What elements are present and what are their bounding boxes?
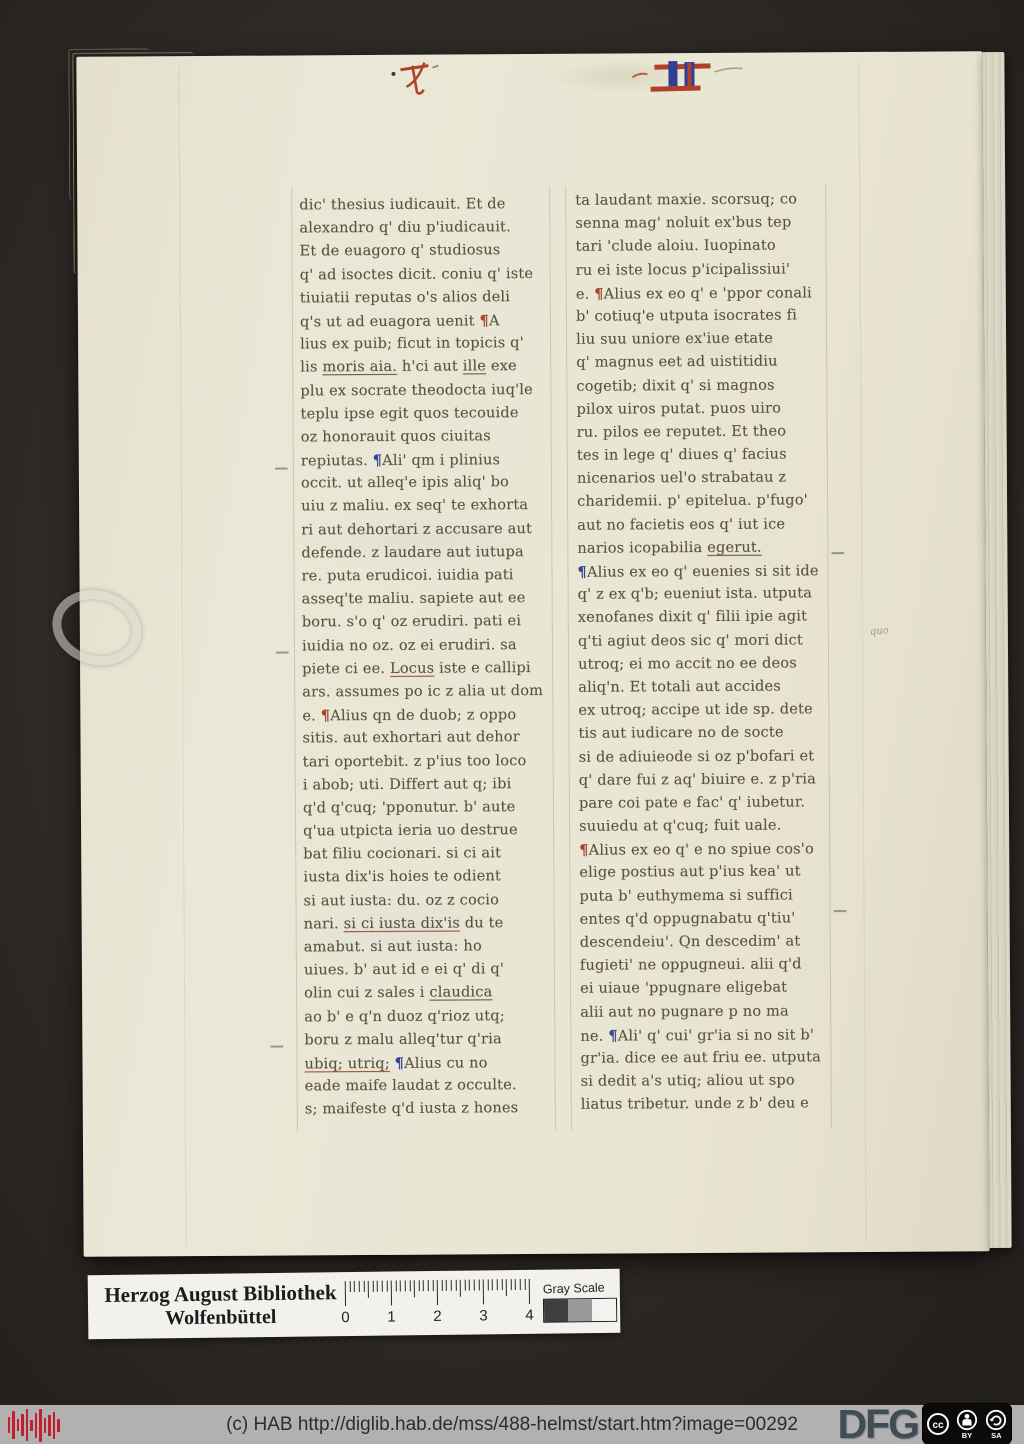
text-segment: ru ei iste locus p'icipalissiui' [576,261,791,278]
ruler-tick [419,1280,420,1291]
ruler-tick [409,1280,410,1291]
text-segment: bat filiu cocionari. si ci ait [303,845,501,862]
text-segment: Alius qn de duob; z oppo [330,707,516,724]
ruler-tick [414,1280,415,1297]
sa-icon: SA [984,1407,1008,1441]
text-line: pilox uiros putat. puos uiro [576,397,834,422]
text-line: q' ad isoctes dicit. coniu q' iste [300,262,558,287]
text-segment: piete ci ee. [302,661,390,678]
text-line: iusta dix'is hoies te odient [303,865,561,890]
text-line: q's ut ad euagora uenit ¶A [300,309,558,334]
text-line: utroq; ei mo accit no ee deos [578,652,836,677]
text-line: bat filiu cocionari. si ci ait [303,842,561,867]
text-segment: q' z ex q'b; eueniut ista. utputa [578,585,813,602]
text-segment: q'ua utpicta ieria uo destrue [303,822,518,839]
ruler-tick [350,1281,351,1292]
text-line: tari oportebit. z p'ius too loco [303,749,561,774]
dfg-logo: DFG [837,1401,918,1444]
text-line: ru ei iste locus p'icipalissiui' [576,258,834,283]
svg-text:cc: cc [932,1420,944,1431]
gray-scale-patch [592,1298,616,1320]
ruler-tick [501,1279,502,1290]
ruler-tick [354,1281,355,1292]
text-line: charidemii. p' epitelua. p'fugo' [577,490,835,515]
ruler-number: 1 [387,1308,396,1325]
text-line: nari. si ci iusta dix'is du te [304,912,562,937]
text-segment: ex utroq; accipe ut ide sp. dete [578,701,813,718]
cc-icon: cc [926,1407,950,1441]
text-line: lis moris aia. h'ci aut ille exe [300,355,558,380]
text-segment: charidemii. p' epitelua. p'fugo' [577,493,808,510]
text-segment: liu suu uniore ex'iue etate [576,331,773,348]
ruler-tick [373,1281,374,1292]
header-numeral-left-icon [388,57,442,99]
gray-scale-block: Gray Scale [543,1280,621,1322]
text-line: suuiedu at q'cuq; fuit uale. [579,814,837,839]
text-line: ne. ¶Ali' q' cui' gr'ia si no sit b' [580,1023,838,1048]
text-line: ei uiaue 'ppugnare eligebat [580,977,838,1002]
page-crease [858,62,866,1242]
text-segment: lius ex puib; ficut in topicis q' [300,335,524,352]
text-segment: ei uiaue 'ppugnare eligebat [580,980,787,997]
rubric-segment: ¶ [395,1055,405,1072]
text-line: pare coi pate e fac' q' iubetur. [579,791,837,816]
ruler-tick [469,1280,470,1291]
text-segment: entes q'd oppugnabatu q'tiu' [580,910,796,927]
text-line: eade maife laudat z occulte. [305,1074,563,1099]
text-line: teplu ipse egit quos tecouide [300,402,558,427]
text-segment: olin cui z sales i [304,985,429,1002]
text-segment: plu ex socrate theodocta iuq'le [300,381,533,398]
text-line: ¶Alius ex eo q' e no spiue cos'o [579,837,837,862]
text-line: si aut iusta: du. oz z cocio [303,888,561,913]
text-line: alexandro q' diu p'iudicauit. [299,216,557,241]
ruler-tick [400,1280,401,1291]
text-line: boru. s'o q' oz erudiri. pati ei [302,610,560,635]
text-segment: Et de euagoro q' studiosus [299,243,500,260]
text-line: tiuiatii reputas o's alios deli [300,286,558,311]
ruling-line [565,186,572,1130]
ruler-tick [446,1280,447,1291]
text-segment: q'd q'cuq; 'pponutur. b' aute [303,799,516,816]
library-scale-target: Herzog August Bibliothek Wolfenbüttel 01… [88,1269,621,1339]
text-segment: ne. [580,1028,608,1044]
text-segment: amabut. si aut iusta: ho [304,938,482,955]
by-label: BY [962,1432,972,1440]
text-segment: ao b' e q'n duoz q'rioz utq; [304,1008,505,1025]
text-segment: utroq; ei mo accit no ee deos [578,655,797,672]
ruler-tick [483,1279,484,1304]
text-segment: e. [302,708,321,724]
text-segment: repiutas. [301,453,373,469]
text-line: tis aut iudicare no de socte [578,721,836,746]
ruler-tick [488,1279,489,1290]
manuscript-page: quo dic' thesius iudicauit. Et dealexand… [76,51,989,1257]
text-segment: q' dare fui z aq' biuire e. z p'ria [579,771,816,788]
text-line: s; maifeste q'd iusta z hones [305,1097,563,1122]
text-segment: boru. s'o q' oz erudiri. pati ei [302,613,521,630]
ruler-tick [382,1281,383,1292]
ruler-tick [368,1281,369,1298]
ruler-tick [492,1279,493,1290]
ruler-tick [432,1280,433,1291]
ruler-tick [386,1281,387,1292]
ruler-tick [474,1280,475,1291]
rubric-segment: ubiq; utriq; [304,1056,389,1073]
ruler-tick [478,1279,479,1290]
text-line: amabut. si aut iusta: ho [304,935,562,960]
text-line: gr'ia. dice ee aut friu ee. utputa [580,1046,838,1071]
text-line: occit. ut alleq'e ipis aliq' bo [301,471,559,496]
text-segment: ru. pilos ee reputet. Et theo [577,423,787,440]
text-segment: iusta dix'is hoies te odient [303,869,501,886]
ruler-tick [391,1281,392,1306]
text-segment: puta b' euthymema si suffici [579,887,792,904]
ruler-tick [442,1280,443,1291]
header-numeral-right-icon [628,53,744,100]
ruler-tick [405,1280,406,1291]
text-segment: exe [486,358,517,374]
ruler-number: 0 [341,1309,350,1326]
ruler-tick [465,1280,466,1291]
text-line: defende. z laudare aut iutupa [301,541,559,566]
rubric-segment: Locus [390,660,434,676]
ruler-tick [497,1279,498,1290]
text-line: ubiq; utriq; ¶Alius cu no [304,1051,562,1076]
institution-name: Herzog August Bibliothek Wolfenbüttel [102,1281,340,1331]
text-line: boru z malu alleq'tur q'ria [304,1028,562,1053]
ruler-tick [396,1280,397,1291]
text-segment: iuidia no oz. oz ei erudiri. sa [302,637,517,654]
text-line: liu suu uniore ex'iue etate [576,327,834,352]
text-segment: teplu ipse egit quos tecouide [300,405,518,422]
text-line: ¶Alius ex eo q' euenies si sit ide [577,559,835,584]
text-line: q' magnus eet ad uistitidiu [576,350,834,375]
text-line: elige postius aut p'ius kea' ut [579,861,837,886]
text-segment: tari oportebit. z p'ius too loco [303,753,527,770]
text-segment: liatus tribetur. unde z b' deu e [581,1096,809,1113]
rubric-segment: si ci iusta dix'is [344,915,460,932]
text-segment: A [489,313,500,329]
text-segment: nicenarios uel'o strabatau z [577,470,786,487]
text-segment: si de adiuieode si oz p'bofari et [579,748,815,765]
text-segment: s; maifeste q'd iusta z hones [305,1100,519,1117]
ruler-tick [455,1280,456,1291]
ruler-number: 3 [479,1307,488,1324]
text-line: lius ex puib; ficut in topicis q' [300,332,558,357]
ruler-tick [520,1279,521,1290]
text-segment: asseq'te maliu. sapiete aut ee [302,590,526,607]
text-line: oz honorauit quos ciuitas [301,425,559,450]
text-segment: nari. [304,916,344,932]
text-line: uiu z maliu. ex seq' te exhorta [301,494,559,519]
ruler-tick [460,1280,461,1297]
text-segment: Alius ex eo q' euenies si sit ide [587,563,819,580]
text-segment: Alius ex eo q' e 'ppor conali [604,285,812,302]
text-segment: q's ut ad euagora uenit [300,313,480,330]
text-line: dic' thesius iudicauit. Et de [299,193,557,218]
margin-dash [834,910,847,912]
text-segment: tes in lege q' diues q' facius [577,447,787,464]
text-segment: du te [460,915,504,931]
text-segment: ta laudant maxie. scorsuq; co [575,191,797,208]
text-segment: tiuiatii reputas o's alios deli [300,289,510,306]
text-segment: narios icopabilia [577,540,707,557]
text-segment: e. [576,286,595,302]
text-segment: Alius cu no [404,1055,488,1072]
institution-line1: Herzog August Bibliothek [102,1281,339,1308]
text-segment: defende. z laudare aut iutupa [301,544,524,561]
text-segment: oz honorauit quos ciuitas [301,428,491,445]
text-line: q'ua utpicta ieria uo destrue [303,819,561,844]
rubric-segment: egerut. [707,539,762,555]
ruler-tick [511,1279,512,1290]
text-line: fugieti' ne oppugneui. alii q'd [580,953,838,978]
ruler-tick [451,1280,452,1291]
text-segment: descendeiu'. Qn descedim' at [580,933,801,950]
text-line: ru. pilos ee reputet. Et theo [577,420,835,445]
text-segment: b' cotiuq'e utputa isocrates fi [576,307,797,324]
text-line: ta laudant maxie. scorsuq; co [575,188,833,213]
text-line: b' cotiuq'e utputa isocrates fi [576,304,834,329]
text-segment: ars. assumes po ic z alia ut dom [302,683,543,700]
text-line: ri aut dehortari z accusare aut [301,517,559,542]
ruler-tick [529,1279,530,1304]
text-line: descendeiu'. Qn descedim' at [580,930,838,955]
ruler-ticks [345,1277,539,1279]
gray-scale-patch [544,1299,568,1321]
rubric-segment: claudica [429,985,492,1001]
cc-license-badge: cc BY SA [922,1403,1012,1444]
text-segment: ri aut dehortari z accusare aut [301,521,532,538]
text-segment: q'ti agiut deos sic q' mori dict [578,632,803,649]
text-segment: uiues. b' aut id e ei q' di q' [304,961,504,978]
text-segment: iste e callipi [434,660,531,677]
text-segment: pare coi pate e fac' q' iubetur. [579,794,805,811]
rubric-segment: ¶ [321,707,331,724]
text-line: si de adiuieode si oz p'bofari et [579,745,837,770]
text-segment: tis aut iudicare no de socte [578,725,783,742]
text-line: narios icopabilia egerut. [577,536,835,561]
text-line: entes q'd oppugnabatu q'tiu' [580,907,838,932]
margin-dash [275,467,288,469]
text-line: liatus tribetur. unde z b' deu e [581,1092,839,1117]
text-line: repiutas. ¶Ali' qm i plinius [301,448,559,473]
ruler-tick [506,1279,507,1296]
text-line: olin cui z sales i claudica [304,981,562,1006]
ruler-tick [377,1281,378,1292]
text-line: q'd q'cuq; 'pponutur. b' aute [303,796,561,821]
gray-scale-patch [568,1299,592,1321]
footer-bar: (c) HAB http://diglib.hab.de/mss/488-hel… [0,1405,1024,1444]
text-column-left: dic' thesius iudicauit. Et dealexandro q… [299,193,563,1122]
gray-scale-patches [543,1297,617,1322]
text-segment: Alius ex eo q' e no spiue cos'o [589,842,814,859]
text-segment: pilox uiros putat. puos uiro [576,400,781,417]
text-segment: Ali' q' cui' gr'ia si no sit b' [618,1027,814,1044]
text-line: nicenarios uel'o strabatau z [577,466,835,491]
text-line: cogetib; dixit q' si magnos [576,374,834,399]
page-stack-edge [68,48,150,199]
ruler-tick [515,1279,516,1290]
page-clip [44,580,151,676]
ruler-number: 2 [433,1308,442,1325]
ruler-number: 4 [525,1307,534,1324]
text-segment: alexandro q' diu p'iudicauit. [299,219,511,236]
text-line: sitis. aut exhortari aut dehor [302,726,560,751]
text-line: puta b' euthymema si suffici [579,884,837,909]
by-icon: BY [955,1407,979,1441]
text-line: alii aut no pugnare p no ma [580,1000,838,1025]
ruler-tick [345,1281,346,1306]
rubric-segment: ¶ [594,285,604,302]
rubric-segment: moris aia. [322,359,397,375]
ruler-tick [423,1280,424,1291]
text-segment: sitis. aut exhortari aut dehor [302,729,519,746]
text-segment: suuiedu at q'cuq; fuit uale. [579,818,781,835]
text-line: ex utroq; accipe ut ide sp. dete [578,698,836,723]
ruler-tick [428,1280,429,1291]
text-segment: senna mag' noluit ex'bus tep [575,215,791,232]
text-segment: occit. ut alleq'e ipis aliq' bo [301,474,509,491]
text-line: re. puta erudicoi. iuidia pati [301,564,559,589]
text-segment: fugieti' ne oppugneui. alii q'd [580,957,802,974]
photo-stage: quo dic' thesius iudicauit. Et dealexand… [0,0,1024,1444]
text-segment: elige postius aut p'ius kea' ut [579,864,800,881]
text-segment: aliq'n. Et totali aut accides [578,678,781,695]
text-segment: q' magnus eet ad uistitidiu [576,354,778,371]
text-line: e. ¶Alius ex eo q' e 'ppor conali [576,281,834,306]
rubric-segment: ¶ [373,452,383,469]
text-line: Et de euagoro q' studiosus [299,239,557,264]
text-line: ars. assumes po ic z alia ut dom [302,680,560,705]
ruler-tick [359,1281,360,1292]
text-line: asseq'te maliu. sapiete aut ee [302,587,560,612]
text-line: xenofanes dixit q' filii ipie agit [578,606,836,631]
text-segment: si dedit a's utiq; aliou ut spo [581,1073,795,1090]
text-line: q'ti agiut deos sic q' mori dict [578,629,836,654]
text-segment: i abob; uti. Differt aut q; ibi [303,776,512,793]
text-segment: alii aut no pugnare p no ma [580,1003,789,1020]
text-line: piete ci ee. Locus iste e callipi [302,657,560,682]
ruler-tick [363,1281,364,1292]
margin-dash [276,651,289,653]
text-line: aut no facietis eos q' iut ice [577,513,835,538]
text-segment: dic' thesius iudicauit. Et de [299,196,505,213]
text-line: ao b' e q'n duoz q'rioz utq; [304,1004,562,1029]
ruler-tick [524,1279,525,1290]
text-segment: si aut iusta: du. oz z cocio [303,892,499,909]
gray-scale-label: Gray Scale [543,1280,620,1296]
text-segment: xenofanes dixit q' filii ipie agit [578,609,807,626]
text-line: q' dare fui z aq' biuire e. z p'ria [579,768,837,793]
text-segment: uiu z maliu. ex seq' te exhorta [301,497,528,514]
text-column-right: ta laudant maxie. scorsuq; cosenna mag' … [575,188,839,1117]
text-line: tari 'clude aloiu. Iuopinato [575,235,833,260]
text-line: senna mag' noluit ex'bus tep [575,211,833,236]
ruling-line [291,187,298,1131]
institution-line2: Wolfenbüttel [102,1305,339,1331]
text-segment: aut no facietis eos q' iut ice [577,516,785,533]
ruler: 01234 [345,1277,539,1329]
margin-dash [270,1046,283,1048]
sa-label: SA [991,1432,1001,1440]
text-line: i abob; uti. Differt aut q; ibi [303,773,561,798]
text-segment: gr'ia. dice ee aut friu ee. utputa [580,1049,821,1066]
text-segment: h'ci aut [397,359,463,375]
rubric-segment: ¶ [479,312,489,329]
text-segment: lis [300,360,322,376]
ruler-tick [437,1280,438,1305]
marginal-note: quo [869,625,889,637]
text-line: si dedit a's utiq; aliou ut spo [581,1069,839,1094]
text-line: e. ¶Alius qn de duob; z oppo [302,703,560,728]
margin-dash [831,552,844,554]
text-line: iuidia no oz. oz ei erudiri. sa [302,633,560,658]
text-segment: re. puta erudicoi. iuidia pati [301,567,513,584]
text-segment: boru z malu alleq'tur q'ria [304,1031,502,1048]
text-line: uiues. b' aut id e ei q' di q' [304,958,562,983]
text-line: aliq'n. Et totali aut accides [578,675,836,700]
text-line: q' z ex q'b; eueniut ista. utputa [578,582,836,607]
text-segment: cogetib; dixit q' si magnos [576,377,774,394]
text-segment: Ali' qm i plinius [382,452,500,469]
text-segment: tari 'clude aloiu. Iuopinato [575,238,775,255]
text-line: plu ex socrate theodocta iuq'le [300,378,558,403]
rubric-segment: ille [463,359,486,375]
text-segment: eade maife laudat z occulte. [305,1077,517,1094]
text-segment: q' ad isoctes dicit. coniu q' iste [300,266,534,283]
text-line: tes in lege q' diues q' facius [577,443,835,468]
